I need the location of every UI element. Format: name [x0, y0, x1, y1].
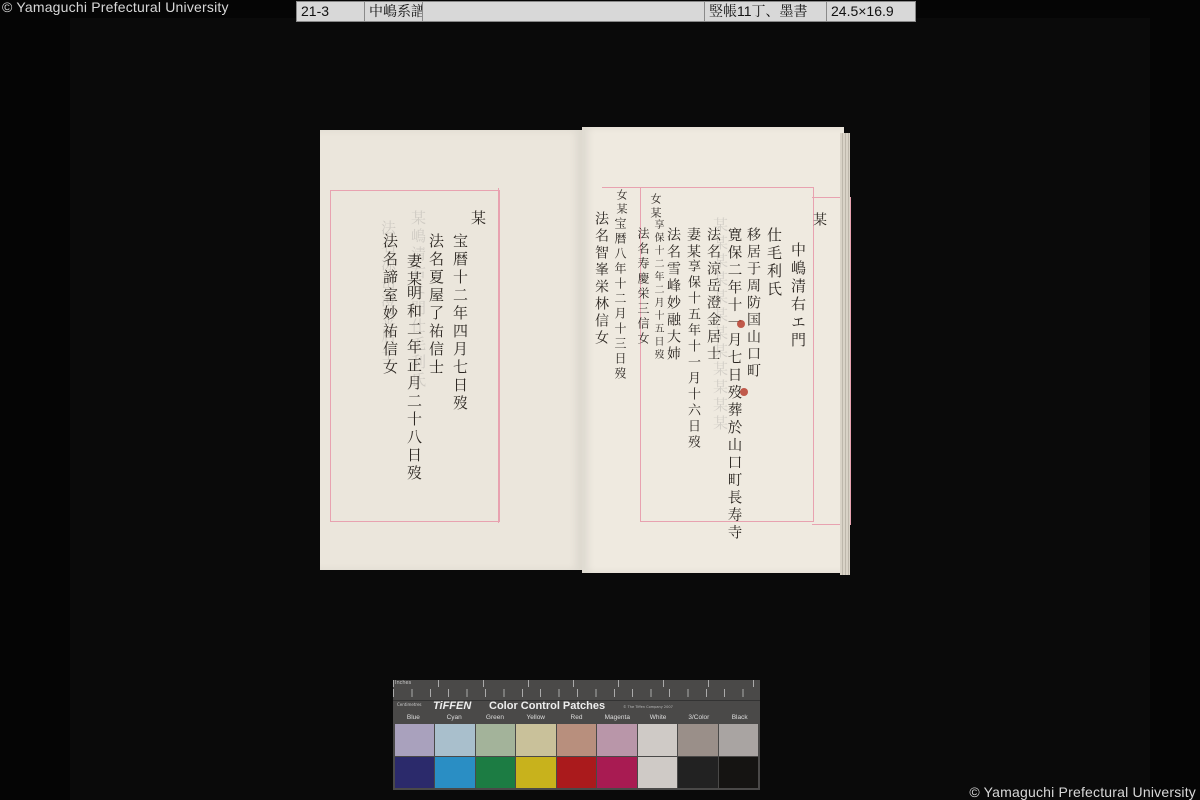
text-column: 享保十二年二月十五日歿: [652, 219, 662, 362]
patch-label-green: Green: [475, 714, 516, 721]
patch-label-white: White: [638, 714, 679, 721]
color-patch-white: [638, 724, 677, 756]
text-column: 某: [812, 212, 826, 229]
text-column: 女某: [650, 193, 661, 221]
catalog-info-bar: 21-3 中嶋系譜 竪帳11丁、墨書 24.5×16.9: [296, 1, 916, 22]
color-patch-cyan: [435, 757, 474, 789]
text-column: 法名涼岳澄金居士: [706, 227, 720, 363]
person-name: 中嶋清右エ門: [790, 242, 805, 350]
color-patch-cyan: [435, 724, 474, 756]
copyright-bottom: © Yamaguchi Prefectural University: [969, 784, 1196, 800]
ruled-frame-right: [498, 188, 499, 523]
chart-title: Color Control Patches: [489, 700, 605, 712]
catalog-title: 中嶋系譜: [365, 2, 423, 21]
ruler-inches-label: Inches: [395, 680, 411, 686]
catalog-blank: [423, 2, 705, 21]
patch-labels: Blue Cyan Green Yellow Red Magenta White…: [393, 714, 760, 721]
catalog-format: 竪帳11丁、墨書: [705, 2, 827, 21]
patch-label-red: Red: [556, 714, 597, 721]
text-column: 移居于周防国山口町: [746, 227, 760, 380]
color-control-chart: Inches Centimetres TiFFEN Color Control …: [393, 680, 760, 790]
text-column: 法名寿慶栄三信女: [637, 227, 649, 347]
ruler-cm-label: Centimetres: [397, 702, 422, 707]
patch-label-yellow: Yellow: [515, 714, 556, 721]
color-patch-3-color: [678, 757, 717, 789]
left-page: 某嶋清右エ門仕毛利氏 法名涼岳澄金居士 某 宝暦十二年四月七日歿 法名夏屋了祐信…: [320, 130, 582, 570]
red-seal-mark: [737, 320, 745, 328]
text-column: 妻某: [686, 227, 700, 261]
red-seal-mark: [740, 388, 748, 396]
color-patches: [395, 724, 758, 788]
color-patch-yellow: [516, 724, 555, 756]
genealogy-line: [602, 187, 642, 188]
text-column: 女某: [616, 189, 627, 217]
text-column: 明和二年正月二十八日歿: [406, 285, 421, 483]
text-column: 仕毛利氏: [766, 227, 781, 299]
color-patch-blue: [395, 757, 434, 789]
open-book: 某嶋清右エ門仕毛利氏 法名涼岳澄金居士 某 宝暦十二年四月七日歿 法名夏屋了祐信…: [320, 127, 850, 577]
text-column: 享保十五年十一月十六日歿: [686, 259, 699, 451]
patch-label-cyan: Cyan: [434, 714, 475, 721]
text-column: 法名智峯栄林信女: [594, 211, 608, 347]
color-patch-black: [719, 724, 758, 756]
color-patch-red: [557, 724, 596, 756]
text-column: 法名夏屋了祐信士: [428, 233, 443, 377]
patch-label-blue: Blue: [393, 714, 434, 721]
color-patch-green: [476, 757, 515, 789]
text-column: 某: [470, 210, 485, 228]
text-column: 法名雪峰妙融大姉: [666, 227, 680, 363]
color-patch-magenta: [597, 724, 636, 756]
color-patch-green: [476, 724, 515, 756]
text-column: 妻某: [406, 253, 421, 289]
text-column: 寛保二年十一月七日歿葬於山口町長寿寺: [726, 227, 741, 542]
text-column: 宝暦八年十二月十三日歿: [614, 217, 626, 382]
brand-logo: TiFFEN: [433, 700, 471, 712]
color-patch-yellow: [516, 757, 555, 789]
catalog-id: 21-3: [297, 2, 365, 21]
color-patch-black: [719, 757, 758, 789]
color-patch-blue: [395, 724, 434, 756]
catalog-size: 24.5×16.9: [827, 2, 915, 21]
text-column: 法名諦室妙祐信女: [382, 233, 397, 377]
patch-label-3color: 3/Color: [678, 714, 719, 721]
copyright-top: © Yamaguchi Prefectural University: [2, 0, 229, 15]
ruler: Inches: [393, 680, 760, 701]
inch-ticks: [393, 680, 760, 687]
text-column: 宝暦十二年四月七日歿: [452, 233, 467, 413]
right-page: 某某某某某某某某某某某某 某 中嶋清右エ門 仕毛利氏 移居于周防国山口町 寛保二…: [582, 127, 844, 573]
color-patch-magenta: [597, 757, 636, 789]
cm-ticks: [393, 689, 760, 697]
color-patch-white: [638, 757, 677, 789]
color-patch-3-color: [678, 724, 717, 756]
chart-copyright: © The Tiffen Company 2007: [623, 705, 673, 709]
color-patch-red: [557, 757, 596, 789]
page-edges: [840, 133, 850, 575]
patch-label-magenta: Magenta: [597, 714, 638, 721]
patch-label-black: Black: [719, 714, 760, 721]
